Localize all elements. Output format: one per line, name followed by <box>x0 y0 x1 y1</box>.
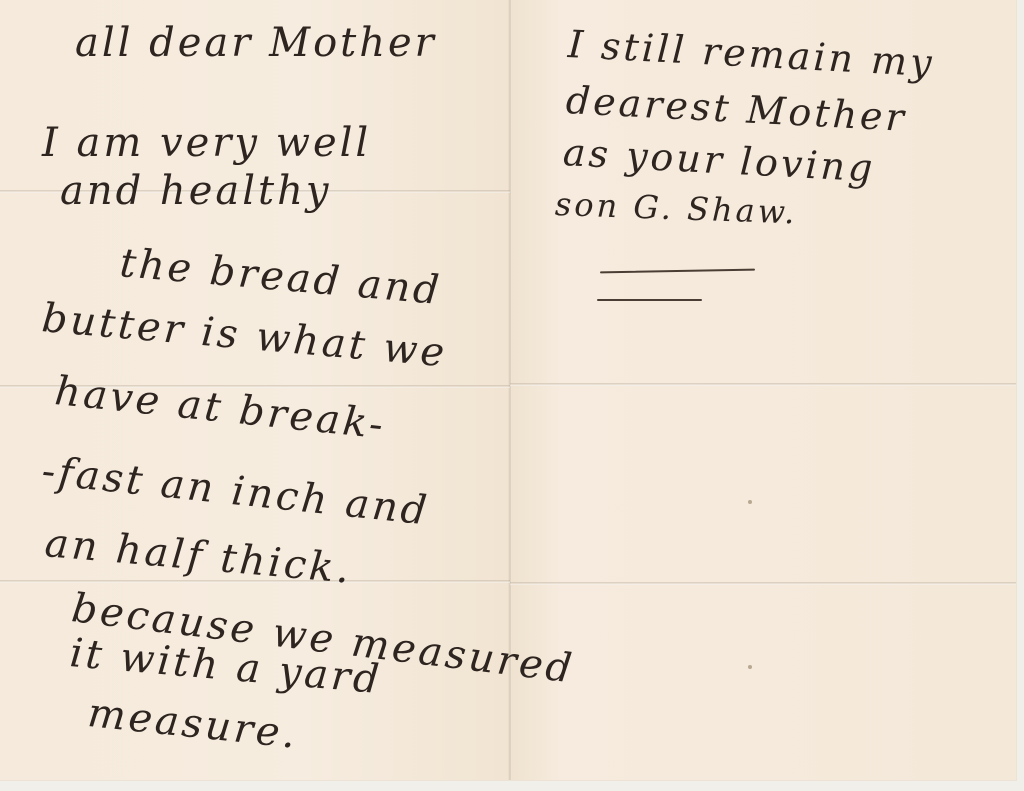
pin-hole <box>748 665 752 669</box>
fold-crease <box>510 383 1016 386</box>
letter-line: I am very well <box>42 120 371 166</box>
pin-hole <box>748 500 752 504</box>
letter-line: and healthy <box>60 168 331 214</box>
letter-line: all dear Mother <box>75 20 437 66</box>
fold-crease <box>510 582 1016 585</box>
letter-sheet: all dear Mother I am very well and healt… <box>0 0 1016 780</box>
closing-rule <box>597 299 702 301</box>
